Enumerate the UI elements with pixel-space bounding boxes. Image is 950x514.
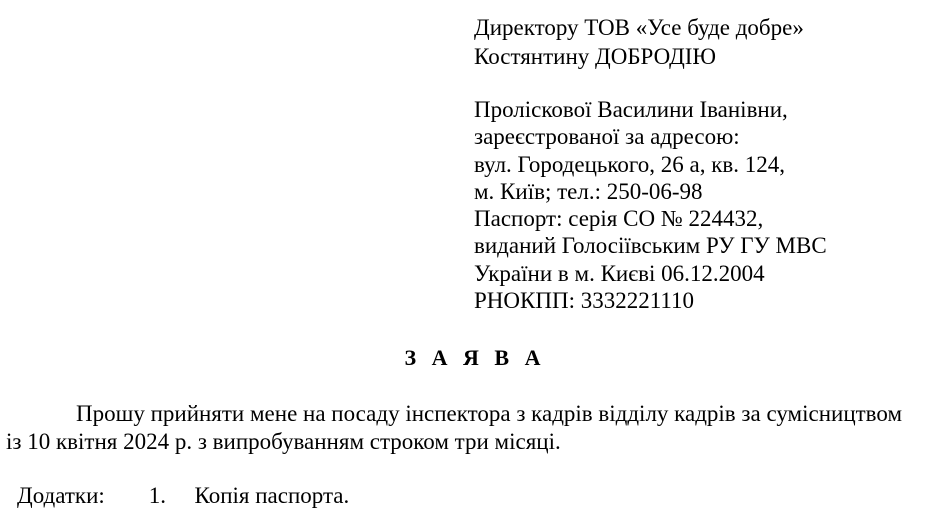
sender-address-street: вул. Городецького, 26 а, кв. 124, — [474, 151, 827, 178]
attachments-label: Додатки: — [17, 483, 143, 509]
document-title: З А Я В А — [0, 345, 950, 371]
body-line-1: Прошу прийняти мене на посаду інспектора… — [6, 400, 946, 428]
sender-passport-issuer: виданий Голосіївським РУ ГУ МВС — [474, 232, 827, 259]
addressee-block: Директору ТОВ «Усе буде добре» Костянтин… — [474, 13, 804, 71]
addressee-name: Костянтину ДОБРОДІЮ — [474, 42, 804, 71]
attachment-number: 1. — [149, 483, 189, 509]
sender-registration-label: зареєстрованої за адресою: — [474, 123, 827, 150]
sender-passport-issue-date: України в м. Києві 06.12.2004 — [474, 260, 827, 287]
sender-block: Проліскової Василини Іванівни, зареєстро… — [474, 96, 827, 314]
sender-passport: Паспорт: серія СО № 224432, — [474, 205, 827, 232]
sender-name: Проліскової Василини Іванівни, — [474, 96, 827, 123]
attachments-section: Додатки: 1. Копія паспорта. — [17, 483, 349, 509]
application-body: Прошу прийняти мене на посаду інспектора… — [6, 400, 946, 456]
attachment-item: Копія паспорта. — [195, 483, 350, 508]
body-line-2: із 10 квітня 2024 р. з випробуванням стр… — [6, 428, 946, 456]
sender-tax-id: РНОКПП: 3332221110 — [474, 287, 827, 314]
sender-address-city-phone: м. Київ; тел.: 250-06-98 — [474, 178, 827, 205]
addressee-position: Директору ТОВ «Усе буде добре» — [474, 13, 804, 42]
